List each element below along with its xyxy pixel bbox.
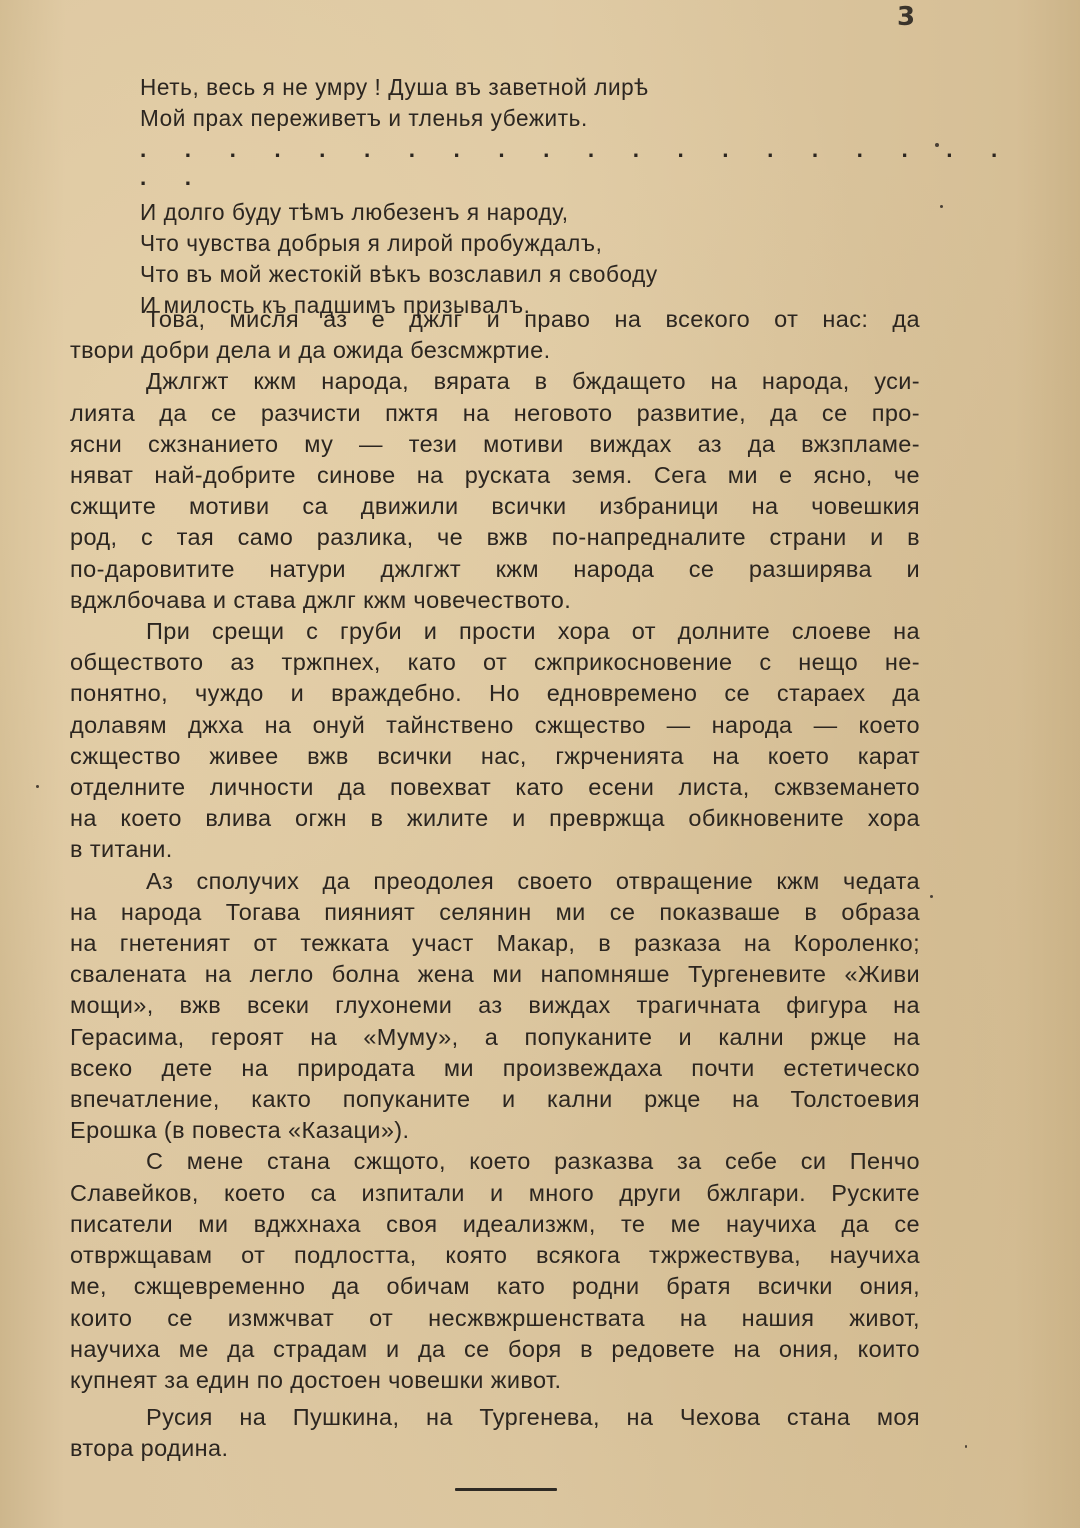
- text-line: Това, мисля аз е джлг и право на всекого…: [70, 304, 920, 335]
- paragraph-writers: С мене стана сжщото, което разказва за с…: [70, 1146, 920, 1396]
- poem-line: Что въ мой жестокій вѣкъ возславил я сво…: [140, 259, 1042, 290]
- text-line: При срещи с груби и прости хора от долни…: [70, 616, 920, 647]
- text-line: няват най-добрите синове на руската земя…: [70, 460, 920, 491]
- text-line: ме, сжщевременно да обичам като родни бр…: [70, 1271, 920, 1302]
- text-line: ясни сжзнанието му — тези мотиви виждах …: [70, 429, 920, 460]
- text-line: лията да се разчисти пжтя на неговото ра…: [70, 398, 920, 429]
- text-line: на народа Тогава пияният селянин ми се п…: [70, 897, 920, 928]
- paragraph-second-homeland: Русия на Пушкина, на Тургенева, на Чехов…: [70, 1402, 920, 1464]
- paper-speck: [930, 895, 933, 898]
- text-line: писатели ми вджхнаха своя идеализжм, те …: [70, 1209, 920, 1240]
- text-line: твори добри дела и да ожида безсмжртие.: [70, 335, 920, 366]
- text-line: сжщите мотиви са движили всички избраниц…: [70, 491, 920, 522]
- text-line: които се измжчват от несжвжршенствата на…: [70, 1303, 920, 1334]
- text-line: С мене стана сжщото, което разказва за с…: [70, 1146, 920, 1177]
- text-line: обществото аз тржпнех, като от сжприкосн…: [70, 647, 920, 678]
- text-line: по-даровитите натури джлгжт кжм народа с…: [70, 554, 920, 585]
- text-line: Аз сполучих да преодолея своето отвращен…: [70, 866, 920, 897]
- text-line: отвржщавам от подлостта, която всякога т…: [70, 1240, 920, 1271]
- text-line: всеко дете на природата ми произвеждаха …: [70, 1053, 920, 1084]
- section-end-rule: [455, 1488, 557, 1491]
- text-line: Славейков, което са изпитали и много дру…: [70, 1178, 920, 1209]
- paper-speck: [935, 143, 939, 147]
- paragraph-duty: Това, мисля аз е джлг и право на всекого…: [70, 304, 920, 366]
- paragraph-motives: Джлгжт кжм народа, вярата в бждащето на …: [70, 366, 920, 616]
- text-line: на гнетеният от тежката участ Макар, в р…: [70, 928, 920, 959]
- scanned-book-page: 3 Неть, весь я не умру ! Душа въ заветно…: [0, 0, 1080, 1528]
- text-line: впечатление, както попуканите и кални рж…: [70, 1084, 920, 1115]
- paragraph-encounters: При срещи с груби и прости хора от долни…: [70, 616, 920, 866]
- text-line: Герасима, героят на «Муму», а попуканите…: [70, 1022, 920, 1053]
- paper-speck: [940, 205, 943, 208]
- text-line: сжщество живее вжв всички нас, гжрченият…: [70, 741, 920, 772]
- text-line: мощи», вжв всеки глухонеми аз виждах тра…: [70, 990, 920, 1021]
- text-line: в титани.: [70, 834, 920, 865]
- text-line: отделните личности да повехват като есен…: [70, 772, 920, 803]
- text-line: вджлбочава и става джлг кжм човечеството…: [70, 585, 920, 616]
- poem-epigraph: Неть, весь я не умру ! Душа въ заветной …: [140, 72, 1042, 321]
- paragraph-overcoming: Аз сполучих да преодолея своето отвращен…: [70, 866, 920, 1147]
- text-line: долавям джха на онуй тайнствено сжщество…: [70, 710, 920, 741]
- text-line: втора родина.: [70, 1433, 920, 1464]
- text-line: понятно, чуждо и враждебно. Но едновреме…: [70, 678, 920, 709]
- body-text: Това, мисля аз е джлг и право на всекого…: [70, 304, 920, 1465]
- page-number: 3: [897, 2, 915, 32]
- paper-speck: [965, 1445, 967, 1448]
- paper-speck: [36, 785, 39, 788]
- text-line: научиха ме да страдам и да се боря в ред…: [70, 1334, 920, 1365]
- text-line: Джлгжт кжм народа, вярата в бждащето на …: [70, 366, 920, 397]
- poem-ellipsis: . . . . . . . . . . . . . . . . . . . . …: [140, 135, 1042, 191]
- poem-line: Неть, весь я не умру ! Душа въ заветной …: [140, 72, 1042, 103]
- text-line: свалената на легло болна жена ми напомня…: [70, 959, 920, 990]
- text-line: купнеят за един по достоен човешки живот…: [70, 1365, 920, 1396]
- poem-line: Мой прах переживетъ и тленья убежить.: [140, 103, 1042, 134]
- poem-line: И долго буду тѣмъ любезенъ я народу,: [140, 197, 1042, 228]
- text-line: на което влива огжн в жилите и превржща …: [70, 803, 920, 834]
- poem-line: Что чувства добрыя я лирой пробуждалъ,: [140, 228, 1042, 259]
- text-line: Русия на Пушкина, на Тургенева, на Чехов…: [70, 1402, 920, 1433]
- text-line: род, с тая само разлика, че вжв по-напре…: [70, 522, 920, 553]
- text-line: Ерошка (в повеста «Казаци»).: [70, 1115, 920, 1146]
